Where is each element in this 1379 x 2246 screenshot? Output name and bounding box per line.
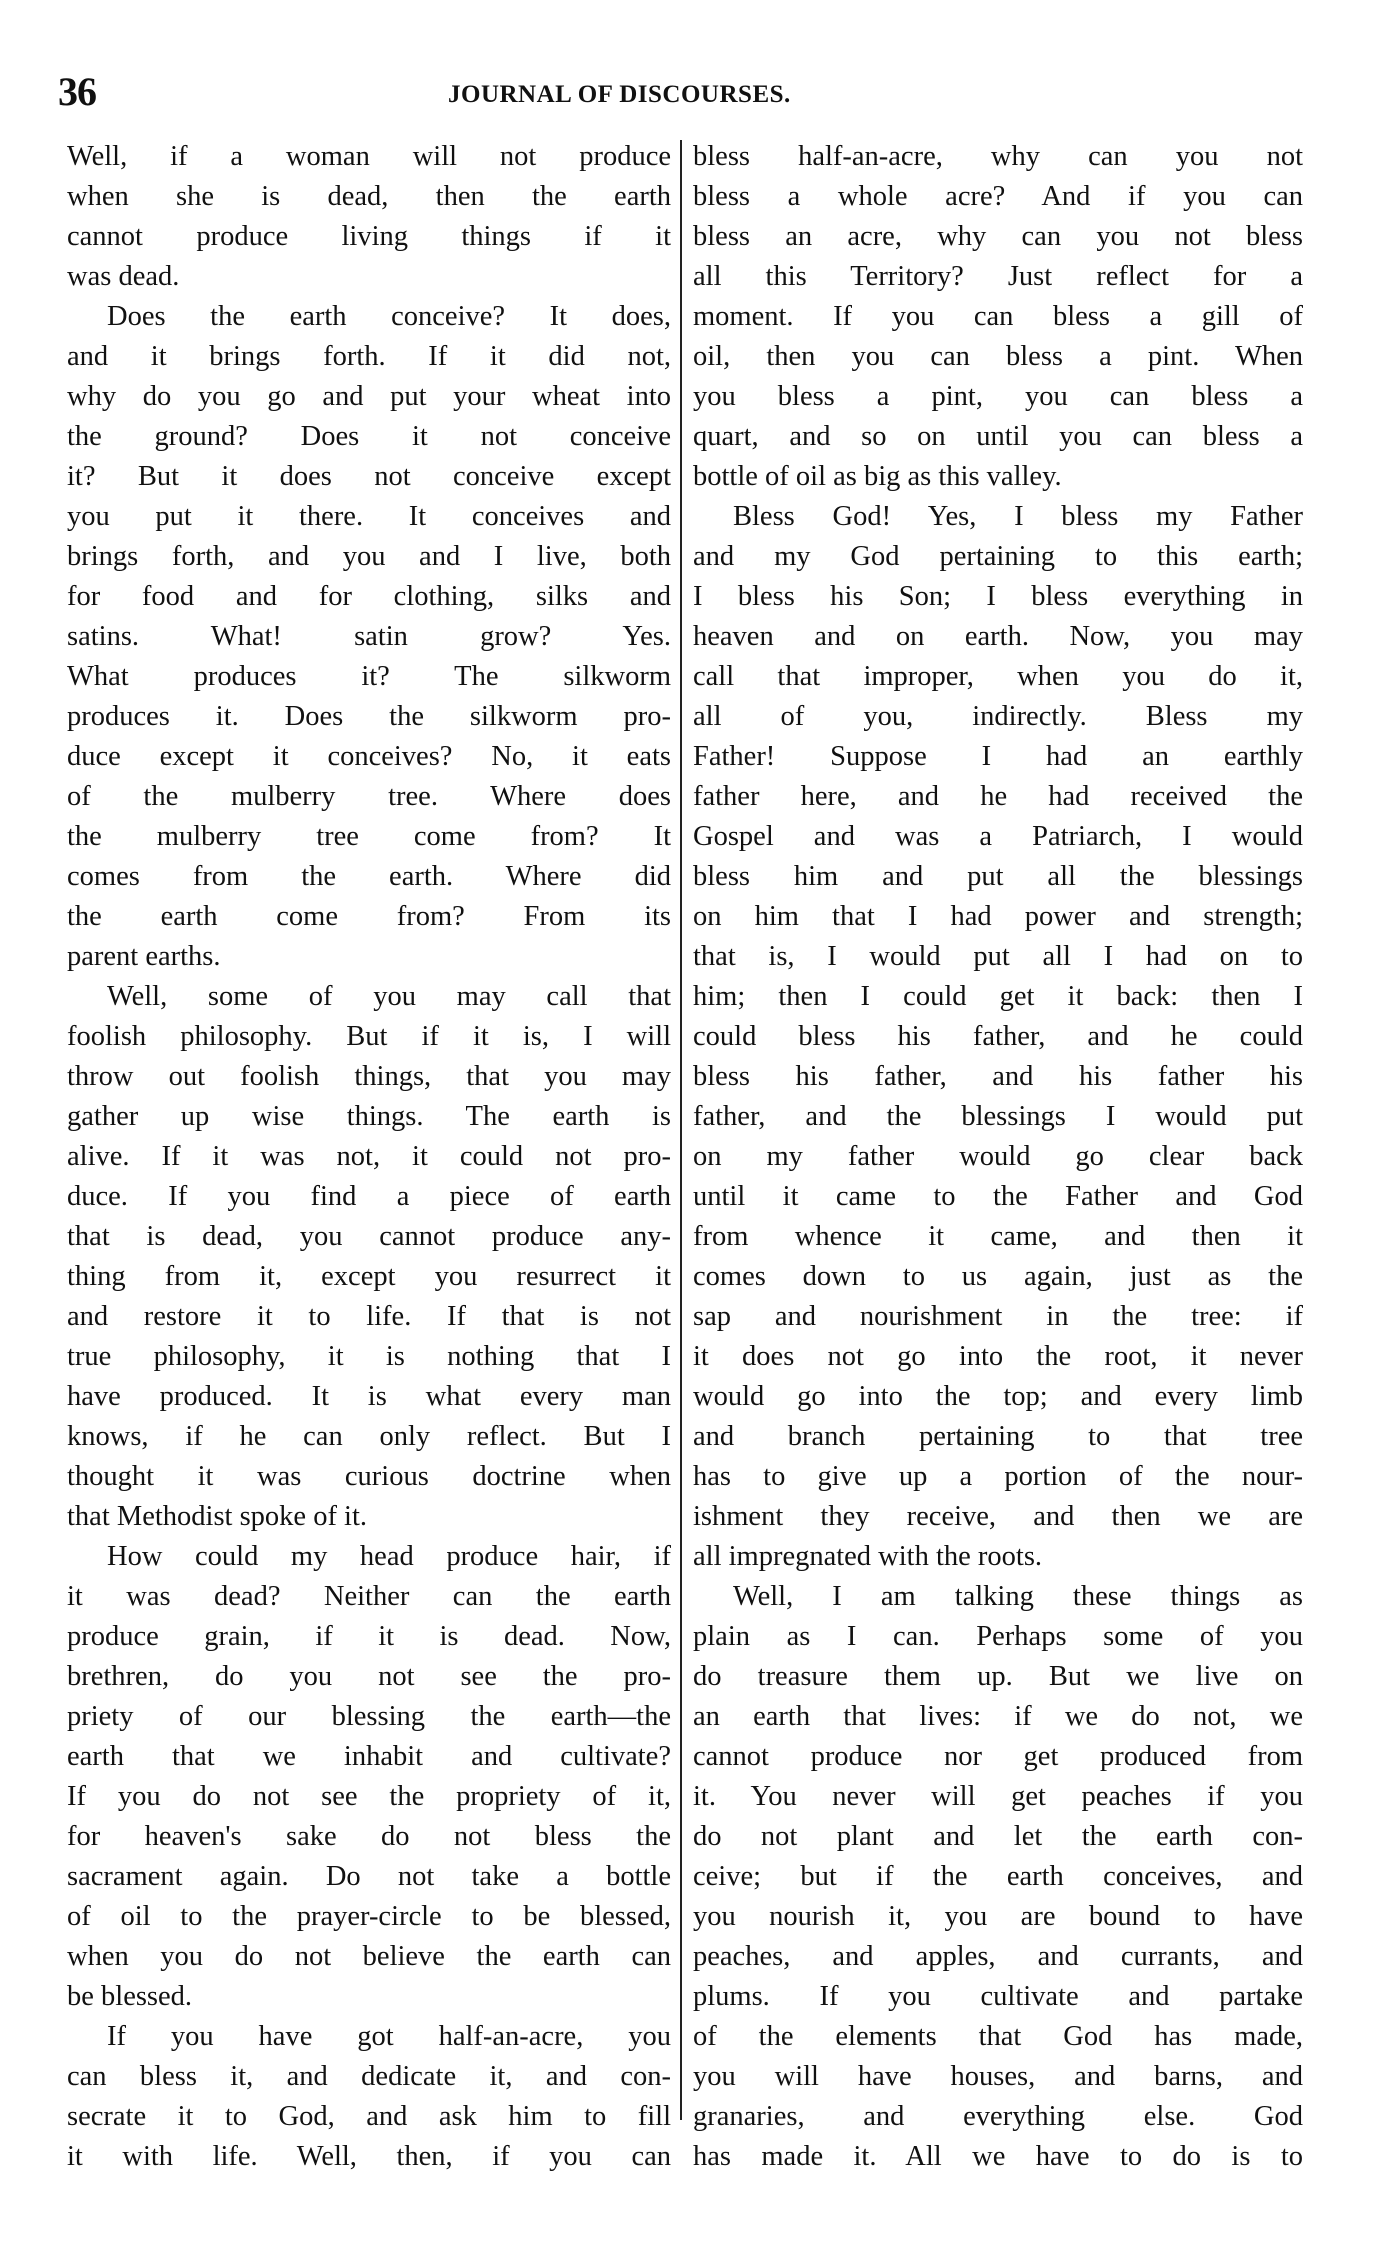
- text-line-content: could bless his father, and he could: [693, 1017, 1303, 1057]
- text-line-content: on my father would go clear back: [693, 1137, 1303, 1177]
- text-line: How could my head produce hair, if: [67, 1537, 671, 1577]
- text-line-content: I bless his Son; I bless everything in: [693, 577, 1303, 617]
- text-line-content: bless a whole acre? And if you can: [693, 177, 1303, 217]
- text-line: the ground? Does it not conceive: [67, 417, 671, 457]
- text-line-content: gather up wise things. The earth is: [67, 1097, 671, 1137]
- text-line-content: priety of our blessing the earth—the: [67, 1697, 671, 1737]
- text-line: Father! Suppose I had an earthly: [693, 737, 1303, 777]
- text-line: alive. If it was not, it could not pro-: [67, 1137, 671, 1177]
- text-line: bless an acre, why can you not bless: [693, 217, 1303, 257]
- text-line: it does not go into the root, it never: [693, 1337, 1303, 1377]
- text-line: on my father would go clear back: [693, 1137, 1303, 1177]
- text-line: Does the earth conceive? It does,: [67, 297, 671, 337]
- left-column: Well, if a woman will not producewhen sh…: [67, 137, 671, 2177]
- text-line: until it came to the Father and God: [693, 1177, 1303, 1217]
- text-line: produces it. Does the silkworm pro-: [67, 697, 671, 737]
- text-line-content: Well, if a woman will not produce: [67, 137, 671, 177]
- text-line-content: and branch pertaining to that tree: [693, 1417, 1303, 1457]
- text-line-content: produce grain, if it is dead. Now,: [67, 1617, 671, 1657]
- text-line: gather up wise things. The earth is: [67, 1097, 671, 1137]
- text-line: has made it. All we have to do is to: [693, 2137, 1303, 2177]
- text-line-content: bless half-an-acre, why can you not: [693, 137, 1303, 177]
- text-line: all this Territory? Just reflect for a: [693, 257, 1303, 297]
- text-line: for food and for clothing, silks and: [67, 577, 671, 617]
- text-line-content: that Methodist spoke of it.: [67, 1497, 671, 1537]
- text-line-content: and restore it to life. If that is not: [67, 1297, 671, 1337]
- text-line-content: moment. If you can bless a gill of: [693, 297, 1303, 337]
- text-line: foolish philosophy. But if it is, I will: [67, 1017, 671, 1057]
- text-line: do treasure them up. But we live on: [693, 1657, 1303, 1697]
- text-line-content: of the mulberry tree. Where does: [67, 777, 671, 817]
- text-line: heaven and on earth. Now, you may: [693, 617, 1303, 657]
- text-line-content: you will have houses, and barns, and: [693, 2057, 1303, 2097]
- text-line: throw out foolish things, that you may: [67, 1057, 671, 1097]
- text-line-content: satins. What! satin grow? Yes.: [67, 617, 671, 657]
- text-line-content: How could my head produce hair, if: [107, 1537, 671, 1577]
- text-line: parent earths.: [67, 937, 671, 977]
- text-line-content: all of you, indirectly. Bless my: [693, 697, 1303, 737]
- text-line: oil, then you can bless a pint. When: [693, 337, 1303, 377]
- text-line-content: What produces it? The silkworm: [67, 657, 671, 697]
- text-line-content: brethren, do you not see the pro-: [67, 1657, 671, 1697]
- text-line-content: for heaven's sake do not bless the: [67, 1817, 671, 1857]
- text-line-content: you nourish it, you are bound to have: [693, 1897, 1303, 1937]
- text-line-content: him; then I could get it back: then I: [693, 977, 1303, 1017]
- text-line-content: knows, if he can only reflect. But I: [67, 1417, 671, 1457]
- text-line-content: produces it. Does the silkworm pro-: [67, 697, 671, 737]
- running-head: 36 JOURNAL OF DISCOURSES.: [0, 62, 1379, 112]
- text-line-content: bless an acre, why can you not bless: [693, 217, 1303, 257]
- text-line-content: duce except it conceives? No, it eats: [67, 737, 671, 777]
- text-line: true philosophy, it is nothing that I: [67, 1337, 671, 1377]
- text-line-content: bless him and put all the blessings: [693, 857, 1303, 897]
- text-line: that Methodist spoke of it.: [67, 1497, 671, 1537]
- text-line: you will have houses, and barns, and: [693, 2057, 1303, 2097]
- text-line: bless half-an-acre, why can you not: [693, 137, 1303, 177]
- text-line-content: secrate it to God, and ask him to fill: [67, 2097, 671, 2137]
- text-line: father, and the blessings I would put: [693, 1097, 1303, 1137]
- text-line-content: that is dead, you cannot produce any-: [67, 1217, 671, 1257]
- text-line: sacrament again. Do not take a bottle: [67, 1857, 671, 1897]
- text-line: cannot produce nor get produced from: [693, 1737, 1303, 1777]
- text-line: ceive; but if the earth conceives, and: [693, 1857, 1303, 1897]
- text-line-content: comes down to us again, just as the: [693, 1257, 1303, 1297]
- text-line: was dead.: [67, 257, 671, 297]
- text-line: If you do not see the propriety of it,: [67, 1777, 671, 1817]
- text-line: plain as I can. Perhaps some of you: [693, 1617, 1303, 1657]
- text-line: the mulberry tree come from? It: [67, 817, 671, 857]
- text-line-content: foolish philosophy. But if it is, I will: [67, 1017, 671, 1057]
- text-line: and restore it to life. If that is not: [67, 1297, 671, 1337]
- text-line-content: the earth come from? From its: [67, 897, 671, 937]
- text-line-content: and my God pertaining to this earth;: [693, 537, 1303, 577]
- text-line-content: be blessed.: [67, 1977, 671, 2017]
- text-line-content: true philosophy, it is nothing that I: [67, 1337, 671, 1377]
- text-line: it was dead? Neither can the earth: [67, 1577, 671, 1617]
- text-line: Well, some of you may call that: [67, 977, 671, 1017]
- text-line: earth that we inhabit and cultivate?: [67, 1737, 671, 1777]
- text-line: produce grain, if it is dead. Now,: [67, 1617, 671, 1657]
- text-line-content: the ground? Does it not conceive: [67, 417, 671, 457]
- text-line-content: do not plant and let the earth con-: [693, 1817, 1303, 1857]
- text-line: that is, I would put all I had on to: [693, 937, 1303, 977]
- text-line-content: it with life. Well, then, if you can: [67, 2137, 671, 2177]
- text-line-content: earth that we inhabit and cultivate?: [67, 1737, 671, 1777]
- text-line-content: bottle of oil as big as this valley.: [693, 457, 1303, 497]
- text-line-content: ceive; but if the earth conceives, and: [693, 1857, 1303, 1897]
- text-line: has to give up a portion of the nour-: [693, 1457, 1303, 1497]
- text-line: it. You never will get peaches if you: [693, 1777, 1303, 1817]
- text-line: What produces it? The silkworm: [67, 657, 671, 697]
- text-line: moment. If you can bless a gill of: [693, 297, 1303, 337]
- text-line: bless his father, and his father his: [693, 1057, 1303, 1097]
- text-line: bottle of oil as big as this valley.: [693, 457, 1303, 497]
- text-line: I bless his Son; I bless everything in: [693, 577, 1303, 617]
- text-line-content: plums. If you cultivate and partake: [693, 1977, 1303, 2017]
- text-line-content: comes from the earth. Where did: [67, 857, 671, 897]
- text-line: you bless a pint, you can bless a: [693, 377, 1303, 417]
- text-line: when you do not believe the earth can: [67, 1937, 671, 1977]
- text-line-content: throw out foolish things, that you may: [67, 1057, 671, 1097]
- text-line: would go into the top; and every limb: [693, 1377, 1303, 1417]
- text-line-content: when she is dead, then the earth: [67, 177, 671, 217]
- text-line: duce. If you find a piece of earth: [67, 1177, 671, 1217]
- text-line: If you have got half-an-acre, you: [67, 2017, 671, 2057]
- text-line: knows, if he can only reflect. But I: [67, 1417, 671, 1457]
- text-line-content: do treasure them up. But we live on: [693, 1657, 1303, 1697]
- text-line-content: brings forth, and you and I live, both: [67, 537, 671, 577]
- text-line-content: peaches, and apples, and currants, and: [693, 1937, 1303, 1977]
- text-line-content: has made it. All we have to do is to: [693, 2137, 1303, 2177]
- text-line-content: ishment they receive, and then we are: [693, 1497, 1303, 1537]
- text-line-content: and it brings forth. If it did not,: [67, 337, 671, 377]
- text-line: do not plant and let the earth con-: [693, 1817, 1303, 1857]
- text-line-content: from whence it came, and then it: [693, 1217, 1303, 1257]
- text-line: priety of our blessing the earth—the: [67, 1697, 671, 1737]
- text-line-content: Does the earth conceive? It does,: [107, 297, 671, 337]
- text-line: when she is dead, then the earth: [67, 177, 671, 217]
- text-line-content: alive. If it was not, it could not pro-: [67, 1137, 671, 1177]
- text-line: why do you go and put your wheat into: [67, 377, 671, 417]
- text-line-content: father, and the blessings I would put: [693, 1097, 1303, 1137]
- text-line-content: Well, some of you may call that: [107, 977, 671, 1017]
- page-number: 36: [58, 72, 96, 112]
- text-line: be blessed.: [67, 1977, 671, 2017]
- text-line-content: an earth that lives: if we do not, we: [693, 1697, 1303, 1737]
- text-line: Well, I am talking these things as: [693, 1577, 1303, 1617]
- text-line-content: father here, and he had received the: [693, 777, 1303, 817]
- text-line: Well, if a woman will not produce: [67, 137, 671, 177]
- text-line-content: bless his father, and his father his: [693, 1057, 1303, 1097]
- text-line: and it brings forth. If it did not,: [67, 337, 671, 377]
- text-line: brings forth, and you and I live, both: [67, 537, 671, 577]
- text-line: could bless his father, and he could: [693, 1017, 1303, 1057]
- text-line: all of you, indirectly. Bless my: [693, 697, 1303, 737]
- text-line-content: would go into the top; and every limb: [693, 1377, 1303, 1417]
- text-line: Gospel and was a Patriarch, I would: [693, 817, 1303, 857]
- text-line: duce except it conceives? No, it eats: [67, 737, 671, 777]
- text-line-content: it. You never will get peaches if you: [693, 1777, 1303, 1817]
- text-line-content: it? But it does not conceive except: [67, 457, 671, 497]
- text-line: it with life. Well, then, if you can: [67, 2137, 671, 2177]
- text-line-content: quart, and so on until you can bless a: [693, 417, 1303, 457]
- text-line: of oil to the prayer-circle to be blesse…: [67, 1897, 671, 1937]
- text-line-content: Well, I am talking these things as: [733, 1577, 1303, 1617]
- text-line-content: thought it was curious doctrine when: [67, 1457, 671, 1497]
- column-divider: [680, 140, 682, 2120]
- text-line: of the mulberry tree. Where does: [67, 777, 671, 817]
- text-line-content: was dead.: [67, 257, 671, 297]
- text-line: ishment they receive, and then we are: [693, 1497, 1303, 1537]
- text-line-content: why do you go and put your wheat into: [67, 377, 671, 417]
- text-line-content: for food and for clothing, silks and: [67, 577, 671, 617]
- text-line: plums. If you cultivate and partake: [693, 1977, 1303, 2017]
- text-line-content: call that improper, when you do it,: [693, 657, 1303, 697]
- text-line-content: If you do not see the propriety of it,: [67, 1777, 671, 1817]
- text-line: and my God pertaining to this earth;: [693, 537, 1303, 577]
- text-line: the earth come from? From its: [67, 897, 671, 937]
- text-line-content: sap and nourishment in the tree: if: [693, 1297, 1303, 1337]
- text-line: all impregnated with the roots.: [693, 1537, 1303, 1577]
- text-line-content: Bless God! Yes, I bless my Father: [733, 497, 1303, 537]
- text-line: thing from it, except you resurrect it: [67, 1257, 671, 1297]
- text-line: quart, and so on until you can bless a: [693, 417, 1303, 457]
- text-line: you nourish it, you are bound to have: [693, 1897, 1303, 1937]
- text-line: you put it there. It conceives and: [67, 497, 671, 537]
- text-line-content: has to give up a portion of the nour-: [693, 1457, 1303, 1497]
- text-line: comes down to us again, just as the: [693, 1257, 1303, 1297]
- text-line: granaries, and everything else. God: [693, 2097, 1303, 2137]
- text-line-content: all impregnated with the roots.: [693, 1537, 1303, 1577]
- text-line: and branch pertaining to that tree: [693, 1417, 1303, 1457]
- text-line-content: can bless it, and dedicate it, and con-: [67, 2057, 671, 2097]
- text-line: call that improper, when you do it,: [693, 657, 1303, 697]
- text-line: bless him and put all the blessings: [693, 857, 1303, 897]
- text-line-content: thing from it, except you resurrect it: [67, 1257, 671, 1297]
- text-line: Bless God! Yes, I bless my Father: [693, 497, 1303, 537]
- text-line-content: all this Territory? Just reflect for a: [693, 257, 1303, 297]
- text-line-content: of the elements that God has made,: [693, 2017, 1303, 2057]
- text-line-content: you put it there. It conceives and: [67, 497, 671, 537]
- text-line: him; then I could get it back: then I: [693, 977, 1303, 1017]
- text-line-content: the mulberry tree come from? It: [67, 817, 671, 857]
- text-line: from whence it came, and then it: [693, 1217, 1303, 1257]
- text-line: on him that I had power and strength;: [693, 897, 1303, 937]
- text-line-content: it does not go into the root, it never: [693, 1337, 1303, 1377]
- text-line-content: cannot produce nor get produced from: [693, 1737, 1303, 1777]
- text-line-content: Father! Suppose I had an earthly: [693, 737, 1303, 777]
- text-line: father here, and he had received the: [693, 777, 1303, 817]
- text-line: an earth that lives: if we do not, we: [693, 1697, 1303, 1737]
- right-column: bless half-an-acre, why can you notbless…: [693, 137, 1303, 2177]
- text-line: brethren, do you not see the pro-: [67, 1657, 671, 1697]
- text-line-content: sacrament again. Do not take a bottle: [67, 1857, 671, 1897]
- text-line-content: If you have got half-an-acre, you: [107, 2017, 671, 2057]
- text-line-content: heaven and on earth. Now, you may: [693, 617, 1303, 657]
- text-line: peaches, and apples, and currants, and: [693, 1937, 1303, 1977]
- journal-title: JOURNAL OF DISCOURSES.: [448, 82, 791, 107]
- text-line: can bless it, and dedicate it, and con-: [67, 2057, 671, 2097]
- text-line-content: Gospel and was a Patriarch, I would: [693, 817, 1303, 857]
- text-line: bless a whole acre? And if you can: [693, 177, 1303, 217]
- text-line-content: oil, then you can bless a pint. When: [693, 337, 1303, 377]
- text-line: of the elements that God has made,: [693, 2017, 1303, 2057]
- text-line-content: parent earths.: [67, 937, 671, 977]
- text-line: satins. What! satin grow? Yes.: [67, 617, 671, 657]
- text-line-content: you bless a pint, you can bless a: [693, 377, 1303, 417]
- text-line-content: granaries, and everything else. God: [693, 2097, 1303, 2137]
- text-line: it? But it does not conceive except: [67, 457, 671, 497]
- text-line-content: that is, I would put all I had on to: [693, 937, 1303, 977]
- text-line-content: on him that I had power and strength;: [693, 897, 1303, 937]
- text-line: thought it was curious doctrine when: [67, 1457, 671, 1497]
- text-line-content: cannot produce living things if it: [67, 217, 671, 257]
- text-line: comes from the earth. Where did: [67, 857, 671, 897]
- text-line: cannot produce living things if it: [67, 217, 671, 257]
- text-line: have produced. It is what every man: [67, 1377, 671, 1417]
- text-line-content: of oil to the prayer-circle to be blesse…: [67, 1897, 671, 1937]
- text-line: for heaven's sake do not bless the: [67, 1817, 671, 1857]
- text-line-content: when you do not believe the earth can: [67, 1937, 671, 1977]
- text-line-content: have produced. It is what every man: [67, 1377, 671, 1417]
- text-line: that is dead, you cannot produce any-: [67, 1217, 671, 1257]
- text-line: secrate it to God, and ask him to fill: [67, 2097, 671, 2137]
- text-line: sap and nourishment in the tree: if: [693, 1297, 1303, 1337]
- text-line-content: until it came to the Father and God: [693, 1177, 1303, 1217]
- text-line-content: it was dead? Neither can the earth: [67, 1577, 671, 1617]
- text-line-content: plain as I can. Perhaps some of you: [693, 1617, 1303, 1657]
- text-line-content: duce. If you find a piece of earth: [67, 1177, 671, 1217]
